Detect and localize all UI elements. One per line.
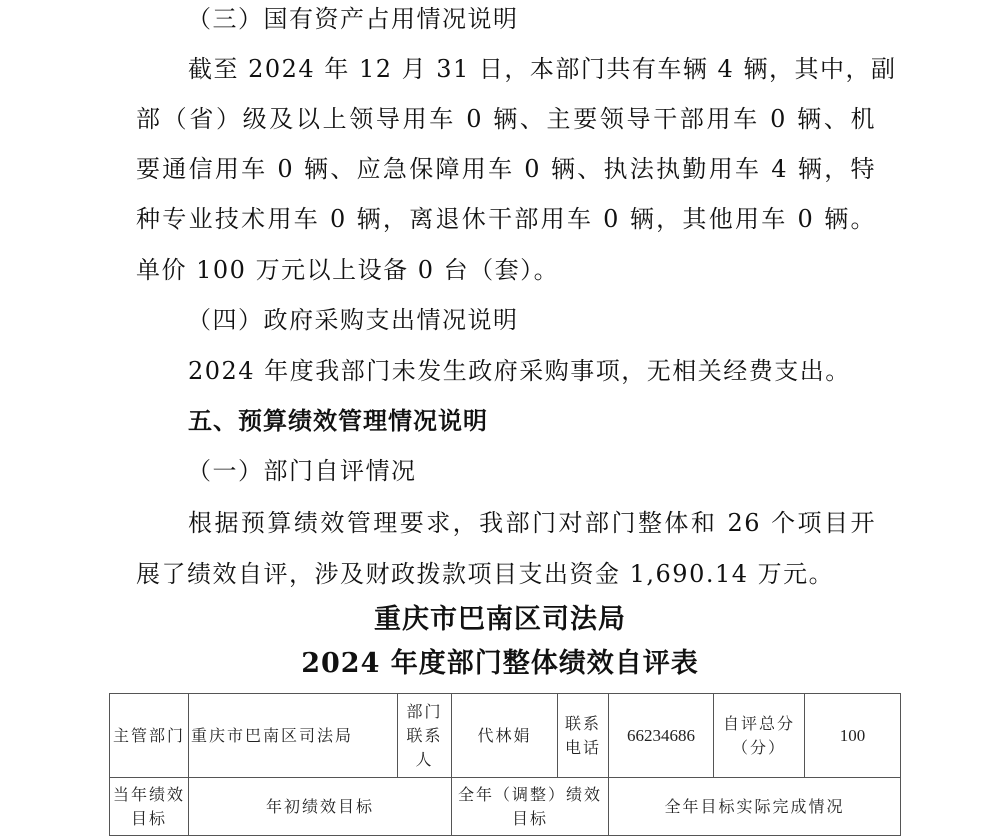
paragraph-line: 种专业技术用车 0 辆，离退休干部用车 0 辆，其他用车 0 辆。 bbox=[136, 204, 876, 234]
contact-label-cell: 部门联系人 bbox=[398, 694, 452, 778]
phone-label-cell: 联系电话 bbox=[558, 694, 609, 778]
s4-heading: （四）政府采购支出情况说明 bbox=[187, 305, 519, 335]
goal-label-cell: 当年绩效目标 bbox=[110, 778, 189, 836]
score-label-cell: 自评总分（分） bbox=[714, 694, 805, 778]
phone-value-cell: 66234686 bbox=[609, 694, 714, 778]
paragraph-line: 部（省）级及以上领导用车 0 辆、主要领导干部用车 0 辆、机 bbox=[136, 104, 876, 134]
s5-heading: 五、预算绩效管理情况说明 bbox=[188, 406, 488, 436]
initial-goal-header: 年初绩效目标 bbox=[189, 778, 452, 836]
table-row: 当年绩效目标 年初绩效目标 全年（调整）绩效目标 全年目标实际完成情况 bbox=[110, 778, 901, 836]
table-title-name: 2024 年度部门整体绩效自评表 bbox=[0, 647, 1000, 681]
table-row: 主管部门 重庆市巴南区司法局 部门联系人 代林娟 联系电话 66234686 自… bbox=[110, 694, 901, 778]
actual-completion-header: 全年目标实际完成情况 bbox=[609, 778, 901, 836]
s3-heading: （三）国有资产占用情况说明 bbox=[187, 4, 519, 34]
table-title-org: 重庆市巴南区司法局 bbox=[0, 603, 1000, 637]
dept-value-cell: 重庆市巴南区司法局 bbox=[189, 694, 398, 778]
s5-1-heading: （一）部门自评情况 bbox=[187, 456, 417, 486]
paragraph-line: 单价 100 万元以上设备 0 台（套）。 bbox=[136, 255, 559, 285]
performance-eval-table: 主管部门 重庆市巴南区司法局 部门联系人 代林娟 联系电话 66234686 自… bbox=[109, 693, 901, 836]
adjusted-goal-header: 全年（调整）绩效目标 bbox=[452, 778, 609, 836]
dept-label-cell: 主管部门 bbox=[110, 694, 189, 778]
paragraph-line: 展了绩效自评，涉及财政拨款项目支出资金 1,690.14 万元。 bbox=[136, 559, 834, 589]
paragraph-line: 根据预算绩效管理要求，我部门对部门整体和 26 个项目开 bbox=[188, 508, 876, 538]
paragraph-line: 截至 2024 年 12 月 31 日，本部门共有车辆 4 辆，其中，副 bbox=[188, 54, 876, 84]
score-value-cell: 100 bbox=[805, 694, 901, 778]
paragraph-line: 要通信用车 0 辆、应急保障用车 0 辆、执法执勤用车 4 辆，特 bbox=[136, 154, 876, 184]
contact-value-cell: 代林娟 bbox=[452, 694, 558, 778]
s4-paragraph: 2024 年度我部门未发生政府采购事项，无相关经费支出。 bbox=[188, 356, 851, 386]
